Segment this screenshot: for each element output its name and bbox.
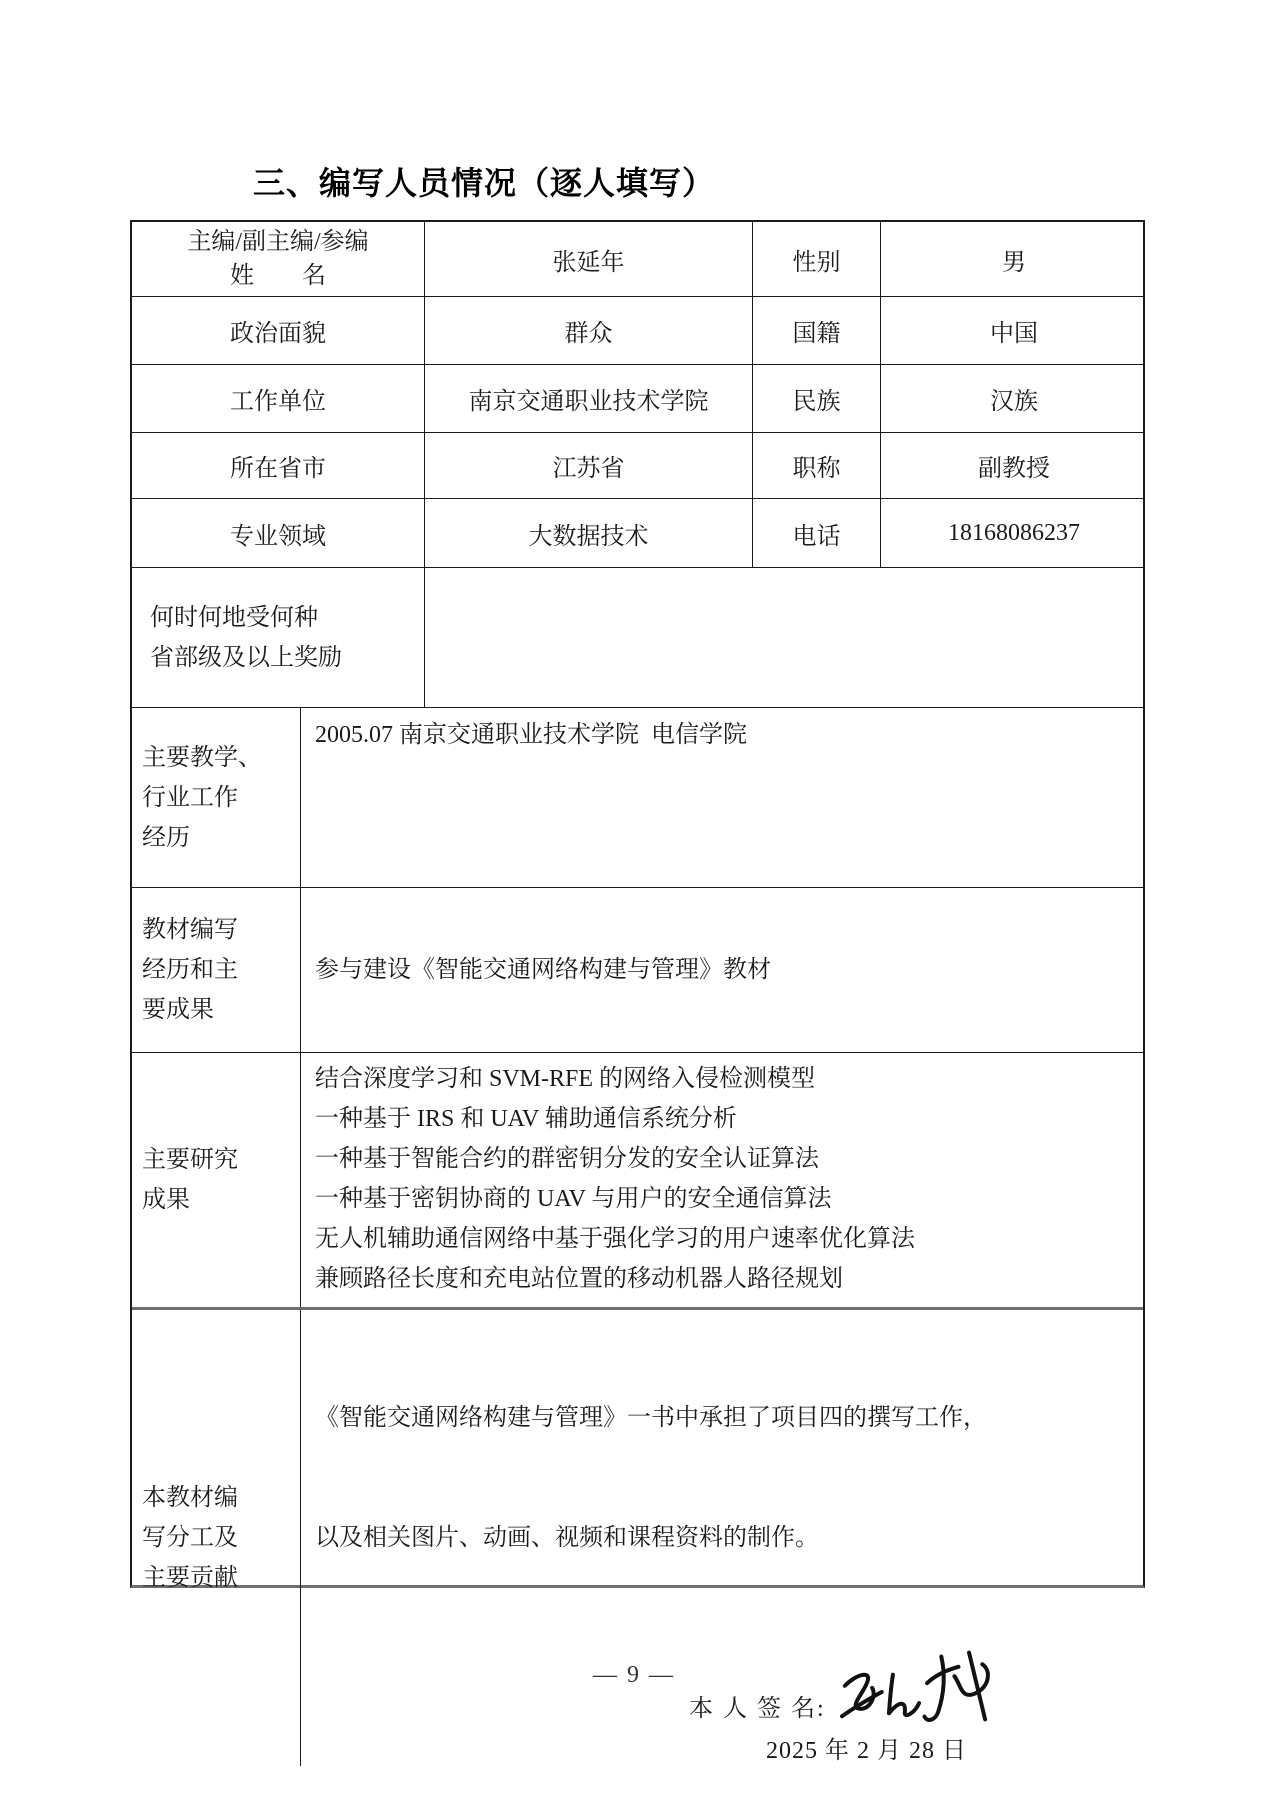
teaching-label-line2: 行业工作 <box>142 778 238 818</box>
field-label-cell: 专业领域 <box>132 499 425 567</box>
jobtitle-value-cell: 副教授 <box>881 433 1147 498</box>
table-row-awards: 何时何地受何种 省部级及以上奖励 <box>132 568 1143 708</box>
table-row-province: 所在省市 江苏省 职称 副教授 <box>132 433 1143 499</box>
table-row-political: 政治面貌 群众 国籍 中国 <box>132 297 1143 365</box>
table-row-textbook: 教材编写 经历和主 要成果 参与建设《智能交通网络构建与管理》教材 <box>132 888 1143 1053</box>
name-label-line2: 姓 名 <box>230 259 326 293</box>
signature-label: 本 人 签 名: <box>689 1692 826 1726</box>
workunit-label-cell: 工作单位 <box>132 365 425 432</box>
handwritten-signature <box>828 1643 1011 1743</box>
table-row-teaching: 主要教学、 行业工作 经历 2005.07 南京交通职业技术学院 电信学院 <box>132 708 1143 888</box>
contribution-value-cell: 《智能交通网络构建与管理》一书中承担了项目四的撰写工作， 以及相关图片、动画、视… <box>301 1310 1147 1766</box>
name-value-cell: 张延年 <box>425 222 753 296</box>
page-number: — 9 — <box>0 1662 1268 1689</box>
contribution-paragraph: 《智能交通网络构建与管理》一书中承担了项目四的撰写工作， 以及相关图片、动画、视… <box>301 1310 1147 1638</box>
textbook-value-cell: 参与建设《智能交通网络构建与管理》教材 <box>301 888 1147 1052</box>
research-label-line1: 主要研究 <box>142 1140 238 1180</box>
research-line-6: 兼顾路径长度和充电站位置的移动机器人路径规划 <box>315 1259 1137 1299</box>
teaching-label-line1: 主要教学、 <box>142 738 262 778</box>
research-value-cell: 结合深度学习和 SVM-RFE 的网络入侵检测模型 一种基于 IRS 和 UAV… <box>301 1053 1147 1307</box>
textbook-label-line1: 教材编写 <box>142 910 238 950</box>
contribution-label-line3: 主要贡献 <box>142 1558 238 1598</box>
name-label-line1: 主编/副主编/参编 <box>187 225 368 259</box>
signature-date: 2025 年 2 月 28 日 <box>766 1736 1147 1766</box>
jobtitle-label-cell: 职称 <box>753 433 881 498</box>
contribution-par-line1: 《智能交通网络构建与管理》一书中承担了项目四的撰写工作， <box>315 1398 1131 1438</box>
nationality-label-cell: 国籍 <box>753 297 881 364</box>
teaching-value-cell: 2005.07 南京交通职业技术学院 电信学院 <box>301 708 1147 887</box>
awards-label-line2: 省部级及以上奖励 <box>150 638 342 678</box>
gender-value-cell: 男 <box>881 222 1147 296</box>
table-row-contribution: 本教材编 写分工及 主要贡献 《智能交通网络构建与管理》一书中承担了项目四的撰写… <box>132 1310 1143 1766</box>
teaching-label-line3: 经历 <box>142 818 190 858</box>
phone-value-cell: 18168086237 <box>881 499 1147 567</box>
teaching-label-cell: 主要教学、 行业工作 经历 <box>132 708 301 887</box>
table-row-field: 专业领域 大数据技术 电话 18168086237 <box>132 499 1143 568</box>
contribution-label-line1: 本教材编 <box>142 1478 238 1518</box>
personnel-form-table: 主编/副主编/参编 姓 名 张延年 性别 男 政治面貌 群众 国籍 中国 工作单… <box>130 220 1145 1588</box>
awards-value-cell <box>425 568 1143 707</box>
field-value-cell: 大数据技术 <box>425 499 753 567</box>
ethnicity-label-cell: 民族 <box>753 365 881 432</box>
table-row-research: 主要研究 成果 结合深度学习和 SVM-RFE 的网络入侵检测模型 一种基于 I… <box>132 1053 1143 1310</box>
document-page: 三、编写人员情况（逐人填写） 主编/副主编/参编 姓 名 张延年 性别 男 政治… <box>0 0 1268 1793</box>
page-title: 三、编写人员情况（逐人填写） <box>253 158 715 204</box>
awards-label-line1: 何时何地受何种 <box>150 598 318 638</box>
contribution-label-cell: 本教材编 写分工及 主要贡献 <box>132 1310 301 1766</box>
name-label-cell: 主编/副主编/参编 姓 名 <box>132 222 425 296</box>
contribution-label-line2: 写分工及 <box>142 1518 238 1558</box>
table-row-workunit: 工作单位 南京交通职业技术学院 民族 汉族 <box>132 365 1143 433</box>
nationality-value-cell: 中国 <box>881 297 1147 364</box>
province-value-cell: 江苏省 <box>425 433 753 498</box>
awards-label-cell: 何时何地受何种 省部级及以上奖励 <box>132 568 425 707</box>
research-line-4: 一种基于密钥协商的 UAV 与用户的安全通信算法 <box>315 1179 1137 1219</box>
gender-label-cell: 性别 <box>753 222 881 296</box>
workunit-value-cell: 南京交通职业技术学院 <box>425 365 753 432</box>
province-label-cell: 所在省市 <box>132 433 425 498</box>
research-line-2: 一种基于 IRS 和 UAV 辅助通信系统分析 <box>315 1099 1137 1139</box>
contribution-par-line2: 以及相关图片、动画、视频和课程资料的制作。 <box>315 1518 1131 1558</box>
textbook-label-cell: 教材编写 经历和主 要成果 <box>132 888 301 1052</box>
research-line-5: 无人机辅助通信网络中基于强化学习的用户速率优化算法 <box>315 1219 1137 1259</box>
textbook-label-line3: 要成果 <box>142 990 214 1030</box>
ethnicity-value-cell: 汉族 <box>881 365 1147 432</box>
research-label-cell: 主要研究 成果 <box>132 1053 301 1307</box>
phone-label-cell: 电话 <box>753 499 881 567</box>
political-value-cell: 群众 <box>425 297 753 364</box>
textbook-label-line2: 经历和主 <box>142 950 238 990</box>
research-line-3: 一种基于智能合约的群密钥分发的安全认证算法 <box>315 1139 1137 1179</box>
research-line-1: 结合深度学习和 SVM-RFE 的网络入侵检测模型 <box>315 1059 1137 1099</box>
table-row-name: 主编/副主编/参编 姓 名 张延年 性别 男 <box>132 222 1143 297</box>
political-label-cell: 政治面貌 <box>132 297 425 364</box>
research-label-line2: 成果 <box>142 1180 190 1220</box>
